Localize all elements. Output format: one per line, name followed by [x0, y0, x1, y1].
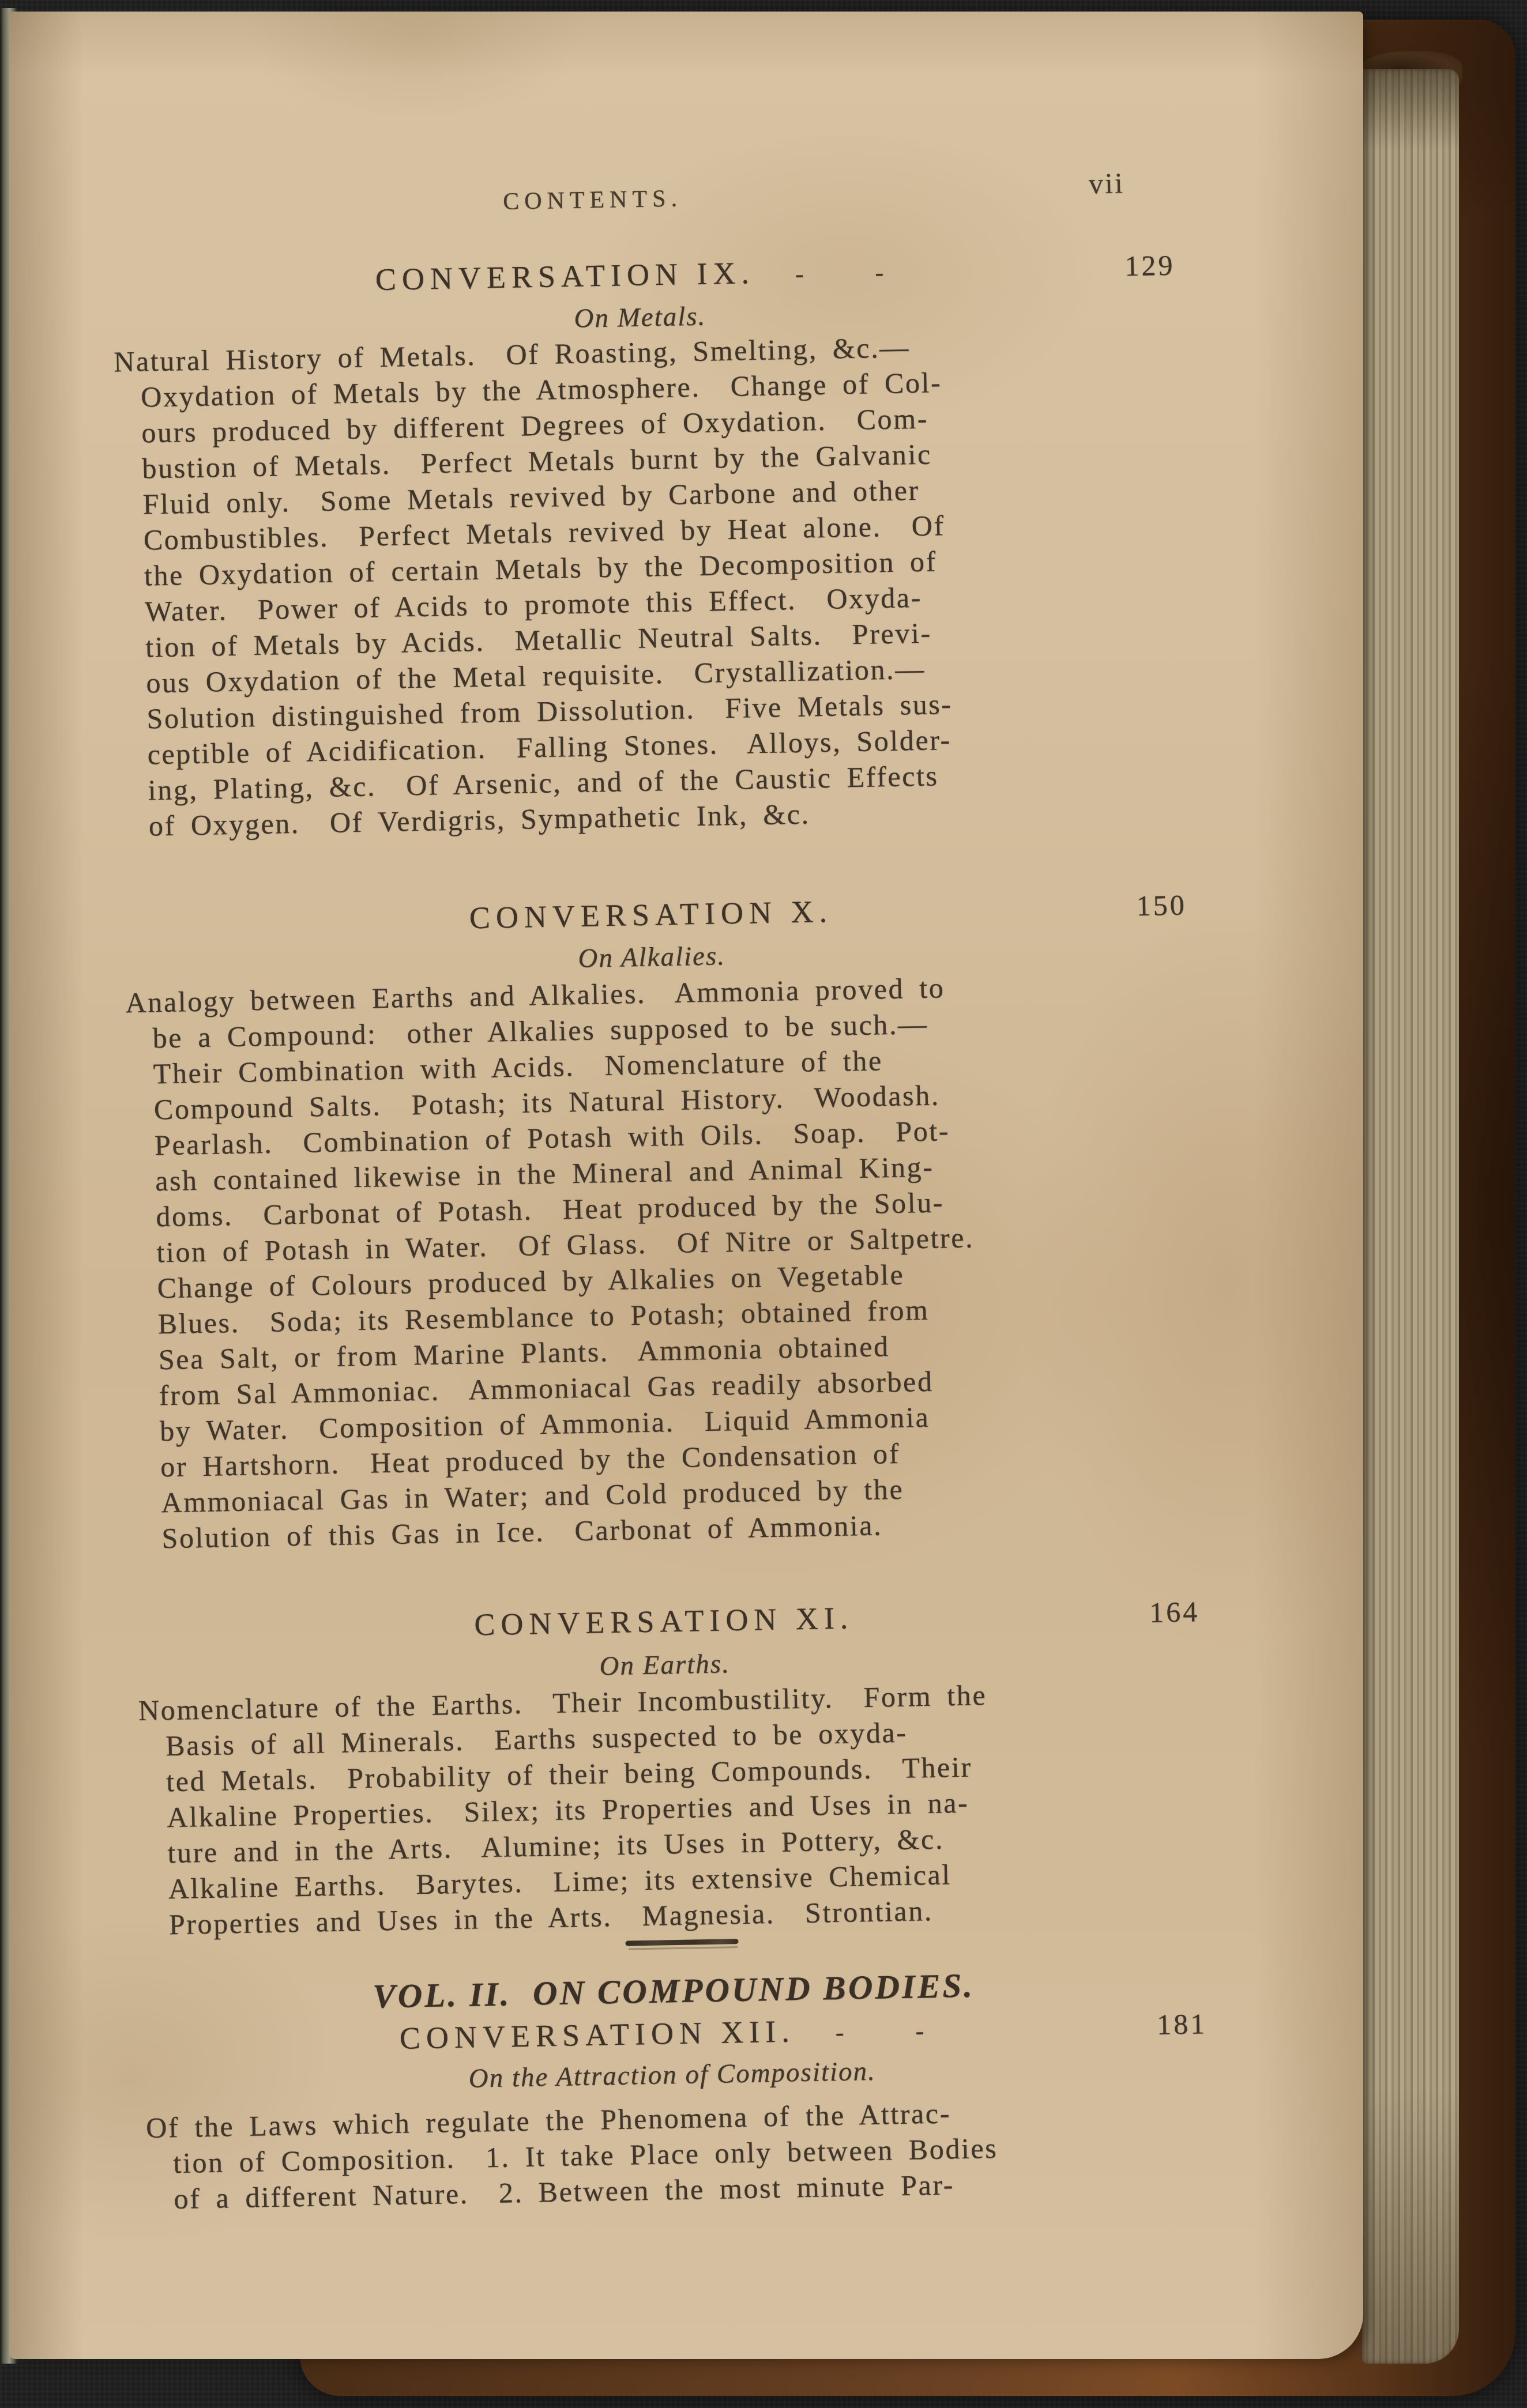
section-heading: CONVERSATION IX. [375, 255, 755, 297]
section-page-number: 181 [1157, 2007, 1208, 2041]
section-heading: CONVERSATION XI. [474, 1600, 854, 1642]
section-conversation-x: CONVERSATION X.150 On Alkalies. Analogy … [5, 884, 1359, 909]
heading-leaders: - - [795, 258, 903, 288]
book-page: CONTENTS. vii CONVERSATION IX.- -129 On … [9, 12, 1363, 2359]
section-body: Nomenclature of the Earths. Their Incomb… [138, 1671, 1309, 1943]
section-divider-rule [625, 1939, 738, 1946]
book-photo-scene: CONTENTS. vii CONVERSATION IX.- -129 On … [0, 0, 1527, 2408]
section-page-number: 164 [1149, 1595, 1200, 1629]
heading-leaders: - - [835, 2017, 943, 2047]
section-conversation-ix: CONVERSATION IX.- -129 On Metals. Natura… [0, 244, 1348, 269]
folio-page-number: vii [1088, 166, 1124, 200]
section-body: Analogy between Earths and Alkalies. Amm… [125, 963, 1302, 1557]
section-heading: CONVERSATION X. [469, 894, 833, 936]
section-page-number: 129 [1124, 248, 1175, 283]
section-heading: CONVERSATION XII. [399, 2014, 795, 2056]
section-conversation-xii: VOL. II. ON COMPOUND BODIES. CONVERSATIO… [25, 1958, 1379, 1983]
section-page-number: 150 [1136, 888, 1187, 923]
page-text-layer: CONTENTS. vii CONVERSATION IX.- -129 On … [0, 0, 1386, 2372]
page-title: CONTENTS. [503, 184, 683, 216]
section-conversation-xi: CONVERSATION XI.164 On Earths. Nomenclat… [18, 1591, 1372, 1615]
section-body: Of the Laws which regulate the Phenomena… [146, 2089, 1314, 2217]
section-body: Natural History of Metals. Of Roasting, … [114, 322, 1289, 844]
